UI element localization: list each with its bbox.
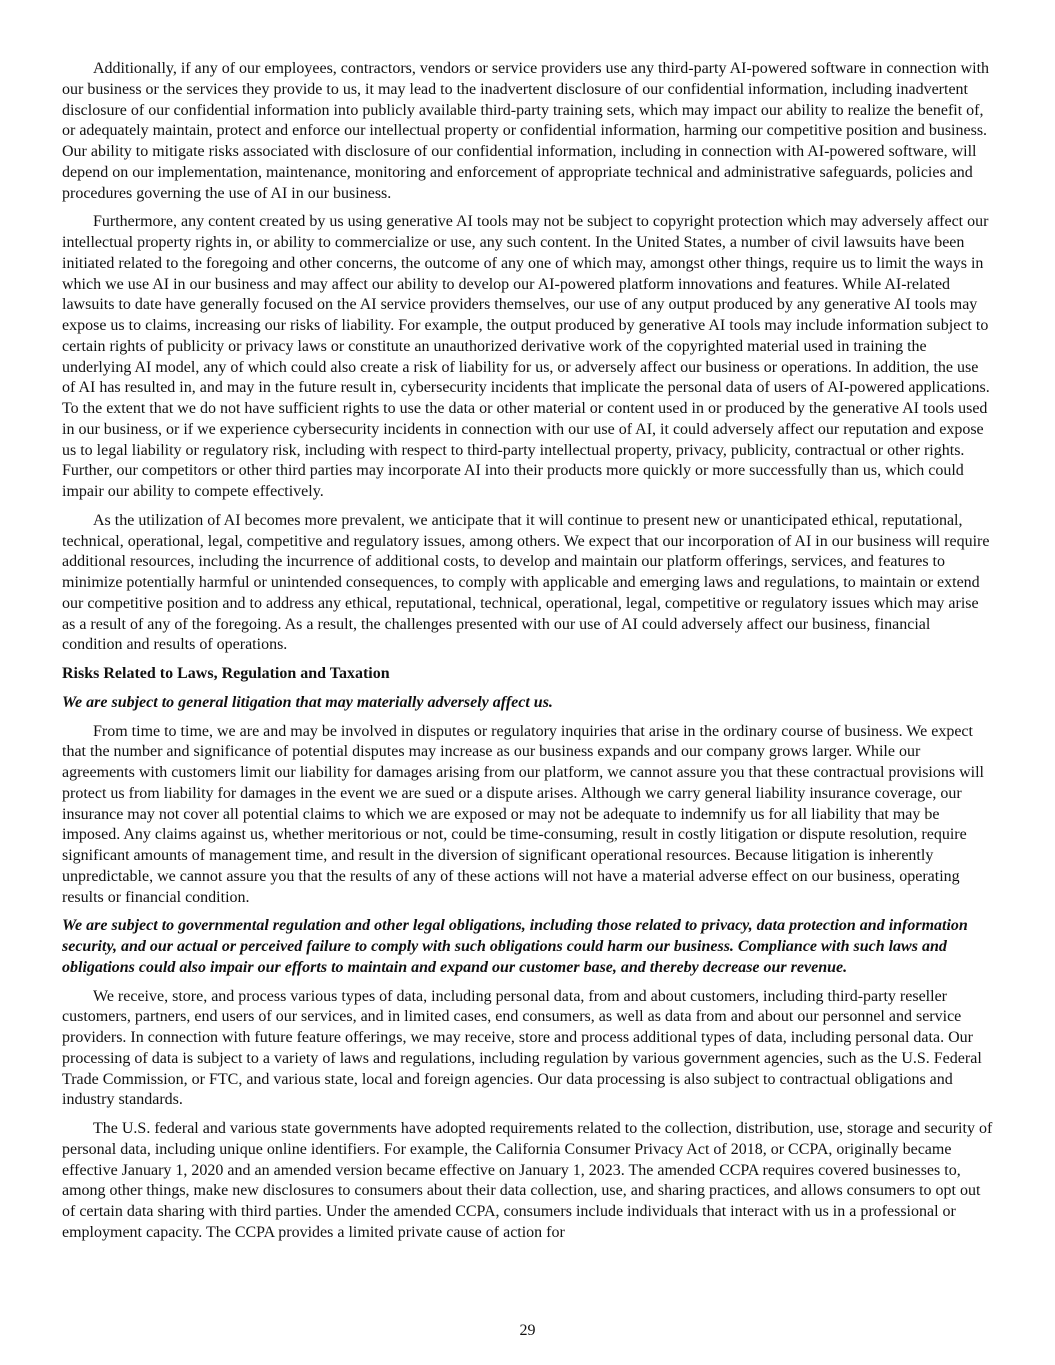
document-page: Additionally, if any of our employees, c…	[62, 59, 994, 1252]
paragraph-ai-copyright: Furthermore, any content created by us u…	[62, 212, 994, 503]
paragraph-ai-third-party-software: Additionally, if any of our employees, c…	[62, 59, 994, 204]
paragraph-ai-prevalence: As the utilization of AI becomes more pr…	[62, 511, 994, 656]
paragraph-data-processing: We receive, store, and process various t…	[62, 987, 994, 1112]
paragraph-litigation: From time to time, we are and may be inv…	[62, 722, 994, 909]
risk-heading-general-litigation: We are subject to general litigation tha…	[62, 693, 994, 714]
section-heading-laws-regulation-taxation: Risks Related to Laws, Regulation and Ta…	[62, 664, 994, 685]
page-number: 29	[0, 1321, 1055, 1341]
paragraph-ccpa: The U.S. federal and various state gover…	[62, 1119, 994, 1244]
risk-heading-governmental-regulation: We are subject to governmental regulatio…	[62, 916, 994, 978]
